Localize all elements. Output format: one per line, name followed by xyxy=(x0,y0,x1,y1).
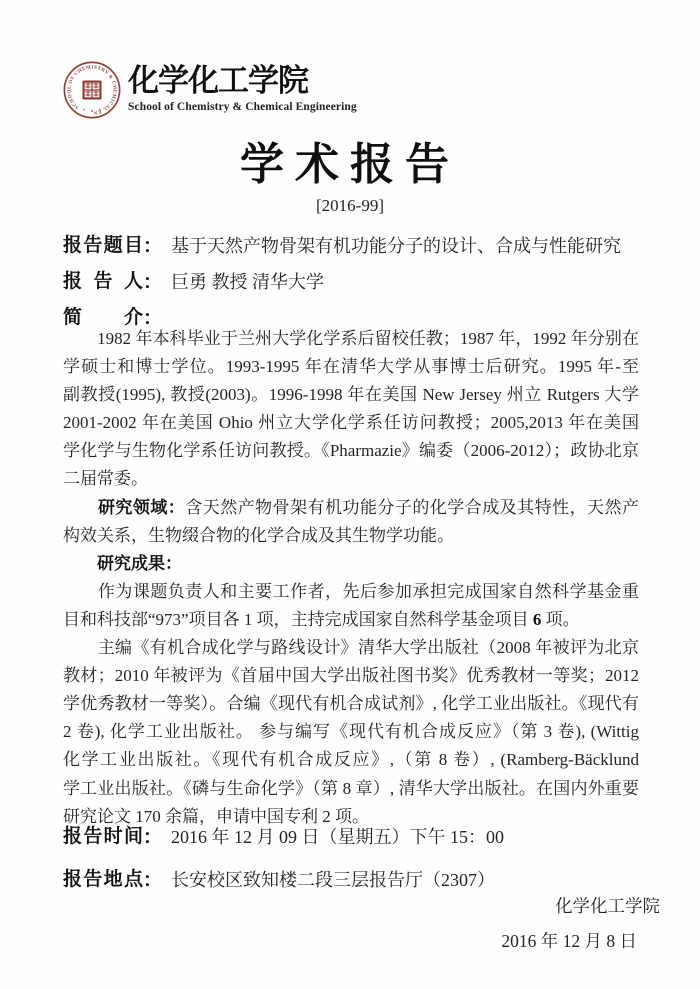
field-label-time: 报告时间 xyxy=(63,824,143,850)
field-value-title: 基于天然产物骨架有机功能分子的设计、合成与性能研究 xyxy=(171,236,621,256)
field-label-title: 报告题目 xyxy=(63,234,143,258)
field-label-speaker: 报告人 xyxy=(63,270,143,294)
body-line: 副教授(1995), 教授(2003)。1996-1998 年在美国 New J… xyxy=(63,381,639,409)
school-logo: SCHOOL OF CHEMISTRY & CHEMICAL ENGINEERI… xyxy=(62,60,357,120)
body-lines: 1982 年本科毕业于兰州大学化学系后留校任教；1987 年，1992 年分别在… xyxy=(63,325,639,831)
field-colon: ： xyxy=(143,272,162,293)
field-value-time: 2016 年 12 月 09 日（星期五）下午 15：00 xyxy=(171,827,504,847)
body-line: 构效关系，生物缀合物的化学合成及其生物学功能。 xyxy=(63,522,639,550)
body-line: 主编《有机合成化学与路线设计》清华大学出版社（2008 年被评为北京市高等教育精… xyxy=(63,634,639,662)
body-line: 作为课题负责人和主要工作者，先后参加承担完成国家自然科学基金重大项目，重点项 xyxy=(63,578,639,606)
field-colon: ： xyxy=(143,827,162,848)
body-line: 教材；2010 年被评为《首届中国大学出版社图书奖》优秀教材一等奖；2012 年… xyxy=(63,662,639,690)
body-line: 学优秀教材一等奖）。合编《现代有机合成试剂》, 化学工业出版社。《现代有机合成试… xyxy=(63,690,639,718)
body-line: 化学工业出版社。《现代有机合成反应》,（第 8 卷）, (Ramberg-Bäc… xyxy=(63,746,639,774)
signature-date: 2016 年 12 月 8 日 xyxy=(501,928,637,953)
school-name-block: 化学化工学院 School of Chemistry & Chemical En… xyxy=(128,60,357,113)
field-value-speaker: 巨勇 教授 清华大学 xyxy=(171,272,324,292)
body-line: 研究领域：含天然产物骨架有机功能分子的化学合成及其特性，天然产物的结构改造和 xyxy=(63,494,639,522)
body-line: 1982 年本科毕业于兰州大学化学系后留校任教；1987 年，1992 年分别在… xyxy=(63,325,639,353)
school-seal-icon: SCHOOL OF CHEMISTRY & CHEMICAL ENGINEERI… xyxy=(62,60,122,120)
field-row-time: 报告时间：2016 年 12 月 09 日（星期五）下午 15：00 xyxy=(63,824,639,867)
body-line: 研究成果： xyxy=(63,550,639,578)
body-line: 二届常委。 xyxy=(63,465,639,493)
page-title: 学术报告 xyxy=(0,128,700,192)
body-line: 学硕士和博士学位。1993-1995 年在清华大学从事博士后研究。1995 年-… xyxy=(63,353,639,381)
report-number: [2016-99] xyxy=(0,196,700,216)
body-line: 目和科技部“973”项目各 1 项，主持完成国家自然科学基金项目 6 项。 xyxy=(63,606,639,634)
announcement-page: SCHOOL OF CHEMISTRY & CHEMICAL ENGINEERI… xyxy=(0,0,700,989)
field-colon: ： xyxy=(143,236,162,257)
field-row-title: 报告题目：基于天然产物骨架有机功能分子的设计、合成与性能研究 xyxy=(63,234,639,270)
field-row-location: 报告地点：长安校区致知楼二段三层报告厅（2307） xyxy=(63,867,639,910)
body-line: 学化学与生物化学系任访问教授。《Pharmazie》编委（2006-2012）；… xyxy=(63,437,639,465)
schedule-fields: 报告时间：2016 年 12 月 09 日（星期五）下午 15：00 报告地点：… xyxy=(63,824,639,910)
body-line: 学工业出版社。《磷与生命化学》（第 8 章）, 清华大学出版社。在国内外重要学术… xyxy=(63,775,639,803)
body-line: 2 卷), 化学工业出版社。 参与编写《现代有机合成反应》（第 3 卷), (W… xyxy=(63,718,639,746)
school-name-en: School of Chemistry & Chemical Engineeri… xyxy=(128,101,357,113)
school-name-cn: 化学化工学院 xyxy=(128,64,357,100)
field-label-location: 报告地点 xyxy=(63,867,143,893)
field-colon: ： xyxy=(143,870,162,891)
signature-org: 化学化工学院 xyxy=(555,893,660,918)
field-row-speaker: 报告人：巨勇 教授 清华大学 xyxy=(63,270,639,306)
field-value-location: 长安校区致知楼二段三层报告厅（2307） xyxy=(171,870,495,890)
body-line: 2001-2002 年在美国 Ohio 州立大学化学系任访问教授；2005,20… xyxy=(63,409,639,437)
